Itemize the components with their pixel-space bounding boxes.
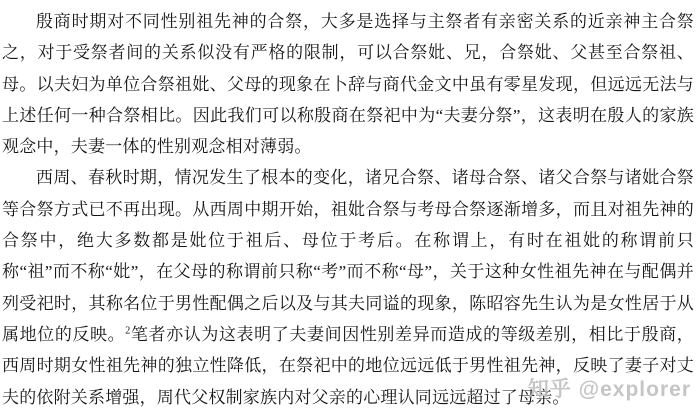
paragraph-zhou-period-text-before-note: 西周、春秋时期，情况发生了根本的变化，诸兄合祭、诸母合祭、诸父合祭与诸妣合祭等合…	[2, 168, 694, 343]
paragraph-shang-period-text: 殷商时期对不同性别祖先神的合祭，大多是选择与主祭者有亲密关系的近亲神主合祭之，对…	[2, 12, 694, 156]
text-block: 殷商时期对不同性别祖先神的合祭，大多是选择与主祭者有亲密关系的近亲神主合祭之，对…	[2, 6, 694, 413]
document-page: 殷商时期对不同性别祖先神的合祭，大多是选择与主祭者有亲密关系的近亲神主合祭之，对…	[0, 0, 696, 419]
paragraph-shang-period: 殷商时期对不同性别祖先神的合祭，大多是选择与主祭者有亲密关系的近亲神主合祭之，对…	[2, 6, 694, 162]
paragraph-zhou-period: 西周、春秋时期，情况发生了根本的变化，诸兄合祭、诸母合祭、诸父合祭与诸妣合祭等合…	[2, 162, 694, 412]
